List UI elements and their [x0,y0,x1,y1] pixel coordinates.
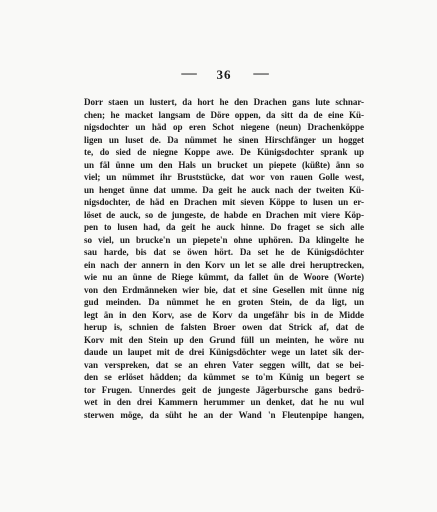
text-line: un henget ünne dat umme. Da geit he auck… [84,184,364,197]
text-line: viel; un nümmet ihr Bruststücke, dat wor… [84,171,364,184]
text-line: nigsdochter un häd op eren Schot niegene… [84,121,364,134]
text-line: sau harde, bis dat se öwen hört. Da set … [84,246,364,259]
text-line: den se erlöset hädden; da kümmet se to'm… [84,371,364,384]
text-line: ligen un luset de. Da nümmet he sinen Hi… [84,134,364,147]
text-line: Dorr staen un lustert, da hort he den Dr… [84,96,364,109]
text-line: daude un laupet mit de drei Künigsdöchte… [84,346,364,359]
text-line: pen to lusen had, da geit he auck hinne.… [84,221,364,234]
page-header: — 36 — [84,66,364,82]
text-line: herup is, schnien de falsten Broer owen … [84,321,364,334]
text-line: van verspreken, dat se an ehren Vater se… [84,359,364,372]
text-line: Korv mit den Stein up den Grund füll un … [84,334,364,347]
header-dash-right: — [253,67,267,81]
text-line: te, do sied de niegne Koppe awe. De Küni… [84,146,364,159]
text-line: löset de auck, so de jungeste, de habde … [84,209,364,222]
book-page: — 36 — Dorr staen un lustert, da hort he… [0,0,437,512]
text-line: gud meinden. Da nümmet he en groten Stei… [84,296,364,309]
text-line: von den Erdmänneken wier bie, dat et sin… [84,284,364,297]
text-line: tor Frugen. Unnerdes geit de jungeste Jä… [84,384,364,397]
text-line: legt än in den Korv, ase de Korv da unge… [84,309,364,322]
text-line: ein nach der annern in den Korv un let s… [84,259,364,272]
text-line: chen; he macket langsam de Döre oppen, d… [84,109,364,122]
header-dash-left: — [181,67,195,81]
text-line: wie nu an ünne de Riege kümmt, da fallet… [84,271,364,284]
page-number: 36 [217,68,232,81]
text-line: so viel, un brucke'n un piepete'n ohne u… [84,234,364,247]
body-text: Dorr staen un lustert, da hort he den Dr… [84,96,364,421]
text-line: nigsdochter, de häd en Drachen mit sieve… [84,196,364,209]
text-line: un fäl ünne um den Hals un brucket un pi… [84,159,364,172]
text-line: wet in den drei Kammern herummer un denk… [84,396,364,409]
text-line: sterwen möge, da süht he an der Wand 'n … [84,409,364,422]
